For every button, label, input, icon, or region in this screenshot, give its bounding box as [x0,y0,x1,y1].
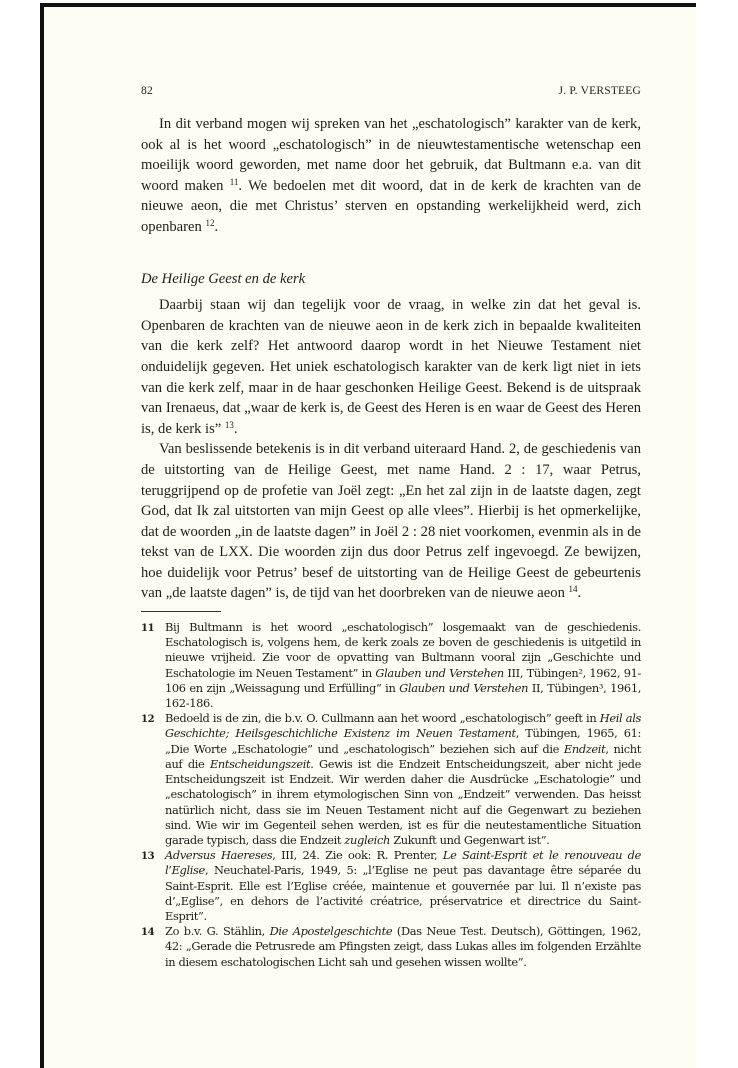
footnote-number: 11 [141,620,165,711]
footnote-ref-13[interactable]: 13 [225,420,234,430]
paragraph-text: Van beslissende betekenis is in dit verb… [141,441,641,601]
footnote-number: 14 [141,924,165,970]
section-heading: De Heilige Geest en de kerk [141,269,641,290]
footnote-text: Bedoeld is de zin, die b.v. O. Cullmann … [165,711,641,848]
footnote-text: Zo b.v. G. Stählin, Die Apostelgeschicht… [165,924,641,970]
footnote-11: 11 Bij Bultmann is het woord „eschatolog… [141,620,641,711]
footnote-14: 14 Zo b.v. G. Stählin, Die Apostelgeschi… [141,924,641,970]
running-head: 82 J. P. VERSTEEG [141,85,641,97]
footnote-text: Adversus Haereses, III, 24. Zie ook: R. … [165,848,641,924]
paragraph-text: . [214,219,218,235]
footnote-number: 13 [141,848,165,924]
paragraph-text: Daarbij staan wij dan tegelijk voor de v… [141,297,641,437]
footnote-13: 13 Adversus Haereses, III, 24. Zie ook: … [141,848,641,924]
footnote-text: Bij Bultmann is het woord „eschatologisc… [165,620,641,711]
paragraph-3: Van beslissende betekenis is in dit verb… [141,439,641,604]
footnotes: 11 Bij Bultmann is het woord „eschatolog… [141,620,641,970]
body-text: In dit verband mogen wij spreken van het… [141,114,641,970]
footnote-ref-14[interactable]: 14 [569,584,578,594]
page-number: 82 [141,85,153,97]
paragraph-1: In dit verband mogen wij spreken van het… [141,114,641,238]
paragraph-text: . [578,585,582,601]
paragraph-text: . [234,421,238,437]
footnote-divider [141,611,221,612]
footnote-12: 12 Bedoeld is de zin, die b.v. O. Cullma… [141,711,641,848]
scanned-page: 82 J. P. VERSTEEG In dit verband mogen w… [40,3,696,1068]
footnote-number: 12 [141,711,165,848]
running-head-author: J. P. VERSTEEG [559,85,641,97]
paragraph-2: Daarbij staan wij dan tegelijk voor de v… [141,295,641,439]
